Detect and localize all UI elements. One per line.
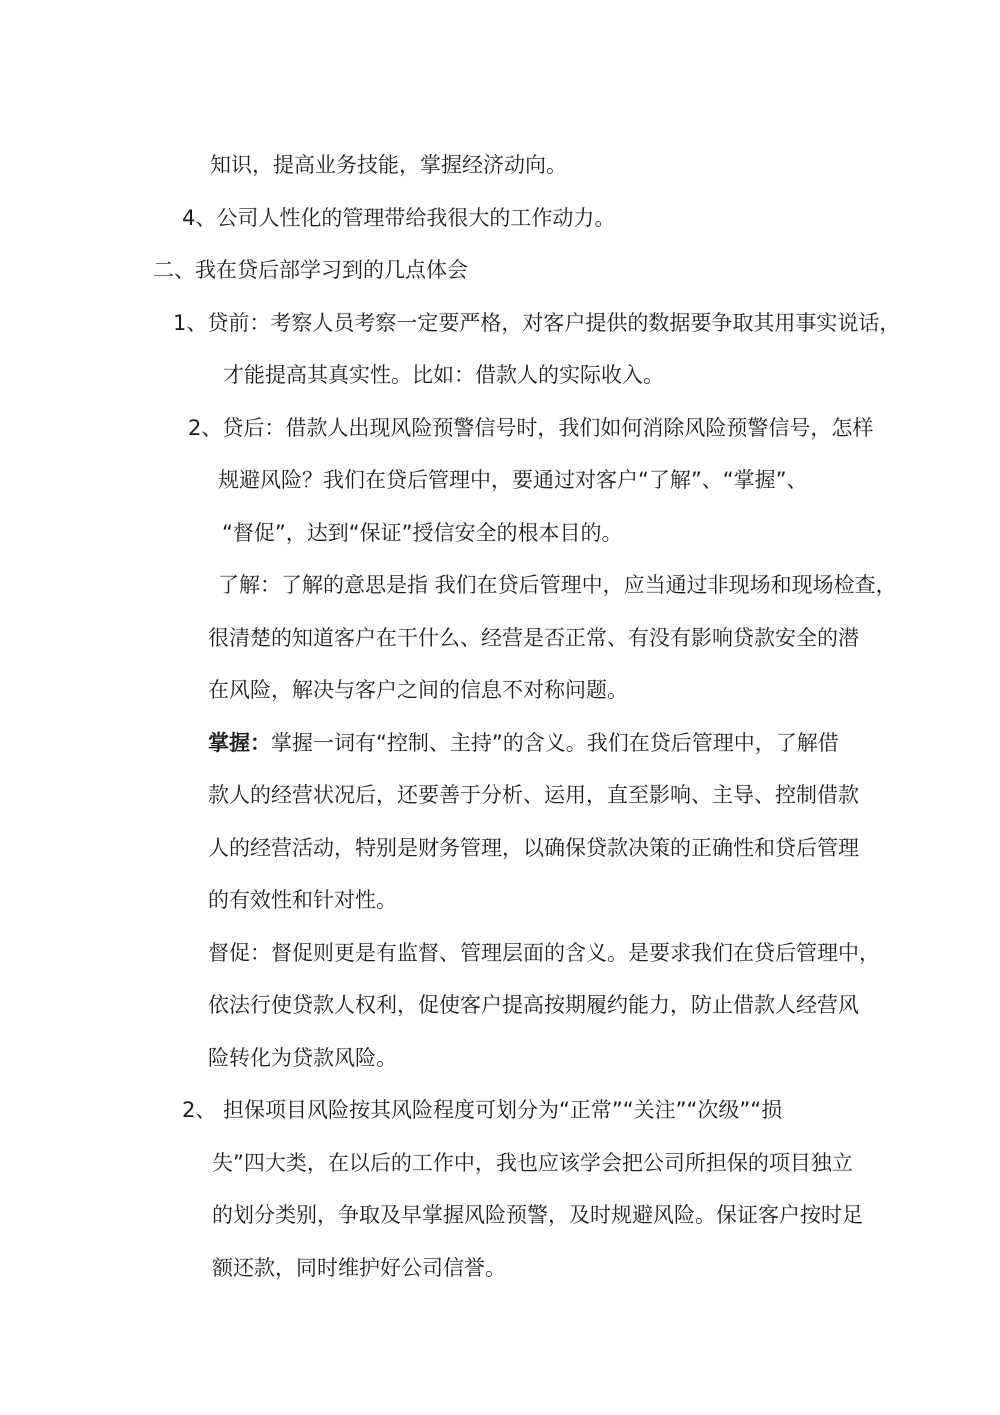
text-line: 掌握：掌握一词有“控制、主持”的含义。我们在贷后管理中，了解借 [0, 717, 1000, 770]
text-line: 额还款，同时维护好公司信誉。 [0, 1242, 1000, 1295]
text-line: 2、贷后：借款人出现风险预警信号时，我们如何消除风险预警信号，怎样 [0, 402, 1000, 455]
text-line: 二、我在贷后部学习到的几点体会 [0, 244, 1000, 297]
text-line: “督促”，达到“保证”授信安全的根本目的。 [0, 507, 1000, 560]
bold-term: 掌握： [208, 731, 271, 755]
text-line: 失”四大类，在以后的工作中，我也应该学会把公司所担保的项目独立 [0, 1137, 1000, 1190]
line-text: 掌握一词有“控制、主持”的含义。我们在贷后管理中，了解借 [271, 731, 839, 755]
text-line: 督促：督促则更是有监督、管理层面的含义。是要求我们在贷后管理中， [0, 927, 1000, 980]
text-line: 规避风险？我们在贷后管理中，要通过对客户“了解”、“掌握”、 [0, 454, 1000, 507]
text-line: 在风险，解决与客户之间的信息不对称问题。 [0, 664, 1000, 717]
document-page: 知识，提高业务技能，掌握经济动向。4、公司人性化的管理带给我很大的工作动力。二、… [0, 0, 1000, 1415]
text-line: 知识，提高业务技能，掌握经济动向。 [0, 139, 1000, 192]
text-line: 险转化为贷款风险。 [0, 1032, 1000, 1085]
document-body: 知识，提高业务技能，掌握经济动向。4、公司人性化的管理带给我很大的工作动力。二、… [0, 139, 1000, 1294]
text-line: 依法行使贷款人权利，促使客户提高按期履约能力，防止借款人经营风 [0, 979, 1000, 1032]
text-line: 的有效性和针对性。 [0, 874, 1000, 927]
text-line: 很清楚的知道客户在干什么、经营是否正常、有没有影响贷款安全的潜 [0, 612, 1000, 665]
text-line: 款人的经营状况后，还要善于分析、运用，直至影响、主导、控制借款 [0, 769, 1000, 822]
text-line: 才能提高其真实性。比如：借款人的实际收入。 [0, 349, 1000, 402]
text-line: 的划分类别，争取及早掌握风险预警，及时规避风险。保证客户按时足 [0, 1189, 1000, 1242]
text-line: 2、 担保项目风险按其风险程度可划分为“正常”“关注”“次级”“损 [0, 1084, 1000, 1137]
text-line: 4、公司人性化的管理带给我很大的工作动力。 [0, 192, 1000, 245]
text-line: 人的经营活动，特别是财务管理，以确保贷款决策的正确性和贷后管理 [0, 822, 1000, 875]
text-line: 1、贷前：考察人员考察一定要严格，对客户提供的数据要争取其用事实说话， [0, 297, 1000, 350]
text-line: 了解：了解的意思是指 我们在贷后管理中，应当通过非现场和现场检查， [0, 559, 1000, 612]
